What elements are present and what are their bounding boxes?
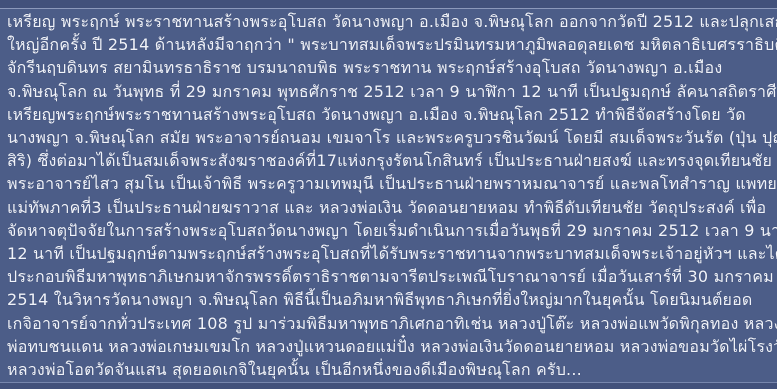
page-background: เหรียญ พระฤกษ์ พระราชทานสร้างพระอุโบสถ ว… [0,0,777,389]
text-line: พ่อทบชนแดน หลวงพ่อเกษมเขมโก หลวงปู่แหวนด… [7,335,771,358]
top-divider [0,0,777,9]
text-line: พระอาจารย์ไสว สุมโน เป็นเจ้าพิธี พระครูว… [7,172,771,195]
text-line: จัดหาจตุปัจจัยในการสร้างพระอุโบสถวัดนางพ… [7,219,771,242]
text-line: จ.พิษณุโลก ณ วันพุทธ ที่ 29 มกราคม พุทธศ… [7,80,771,103]
text-line: แม่ทัพภาคที่3 เป็นประธานฝ่ายฆราวาส และ ห… [7,196,771,219]
document-text: เหรียญ พระฤกษ์ พระราชทานสร้างพระอุโบสถ ว… [0,9,777,381]
text-line: 12 นาที เป็นปฐมฤกษ์ตามพระฤกษ์สร้างพระอุโ… [7,242,771,265]
text-line: 2514 ในวิหารวัดนางพญา จ.พิษณุโลก พิธีนี้… [7,288,771,311]
text-line: เกจิอาจารย์จากทั่วประเทศ 108 รูป มาร่วมพ… [7,312,771,335]
text-line: จักรีนฤบดินทร สยามินทรธาธิราช บรมนาถบพิธ… [7,56,771,79]
text-line: เหรียญ พระฤกษ์ พระราชทานสร้างพระอุโบสถ ว… [7,10,771,33]
text-line: เหรียญพระฤกษ์พระราชทานสร้างพระอุโบสถ วัด… [7,103,771,126]
text-line: นางพญา จ.พิษณุโลก สมัย พระอาจารย์ถนอม เข… [7,126,771,149]
text-line: หลวงพ่อโอตวัดจันแสน สุดยอดเกจิในยุคนั้น … [7,358,771,381]
text-line: ใหญ่อีกครั้ง ปี 2514 ด้านหลังมีจาฤกว่า "… [7,33,771,56]
text-line: ประกอบพิธีมหาพุทธาภิเษกมหาจักรพรรดิ์ตราธ… [7,265,771,288]
bottom-divider [0,382,777,389]
text-line: สิริ) ซึ่งต่อมาได้เป็นสมเด็จพระสังฆราชอง… [7,149,771,172]
